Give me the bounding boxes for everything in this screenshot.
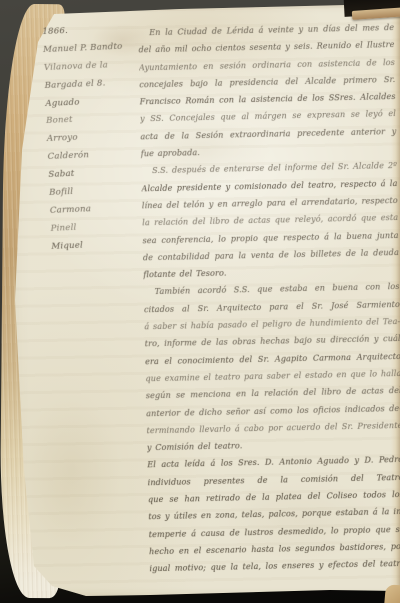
manuscript-body-text: En la Ciudad de Lérida á veinte y un día… <box>138 20 400 579</box>
margin-attendees-list: 1866.Manuel P. BandtoVilanova de laBarga… <box>42 20 148 256</box>
manuscript-photo: 1866.Manuel P. BandtoVilanova de laBarga… <box>0 0 400 603</box>
page-corner-fragment <box>384 584 400 603</box>
